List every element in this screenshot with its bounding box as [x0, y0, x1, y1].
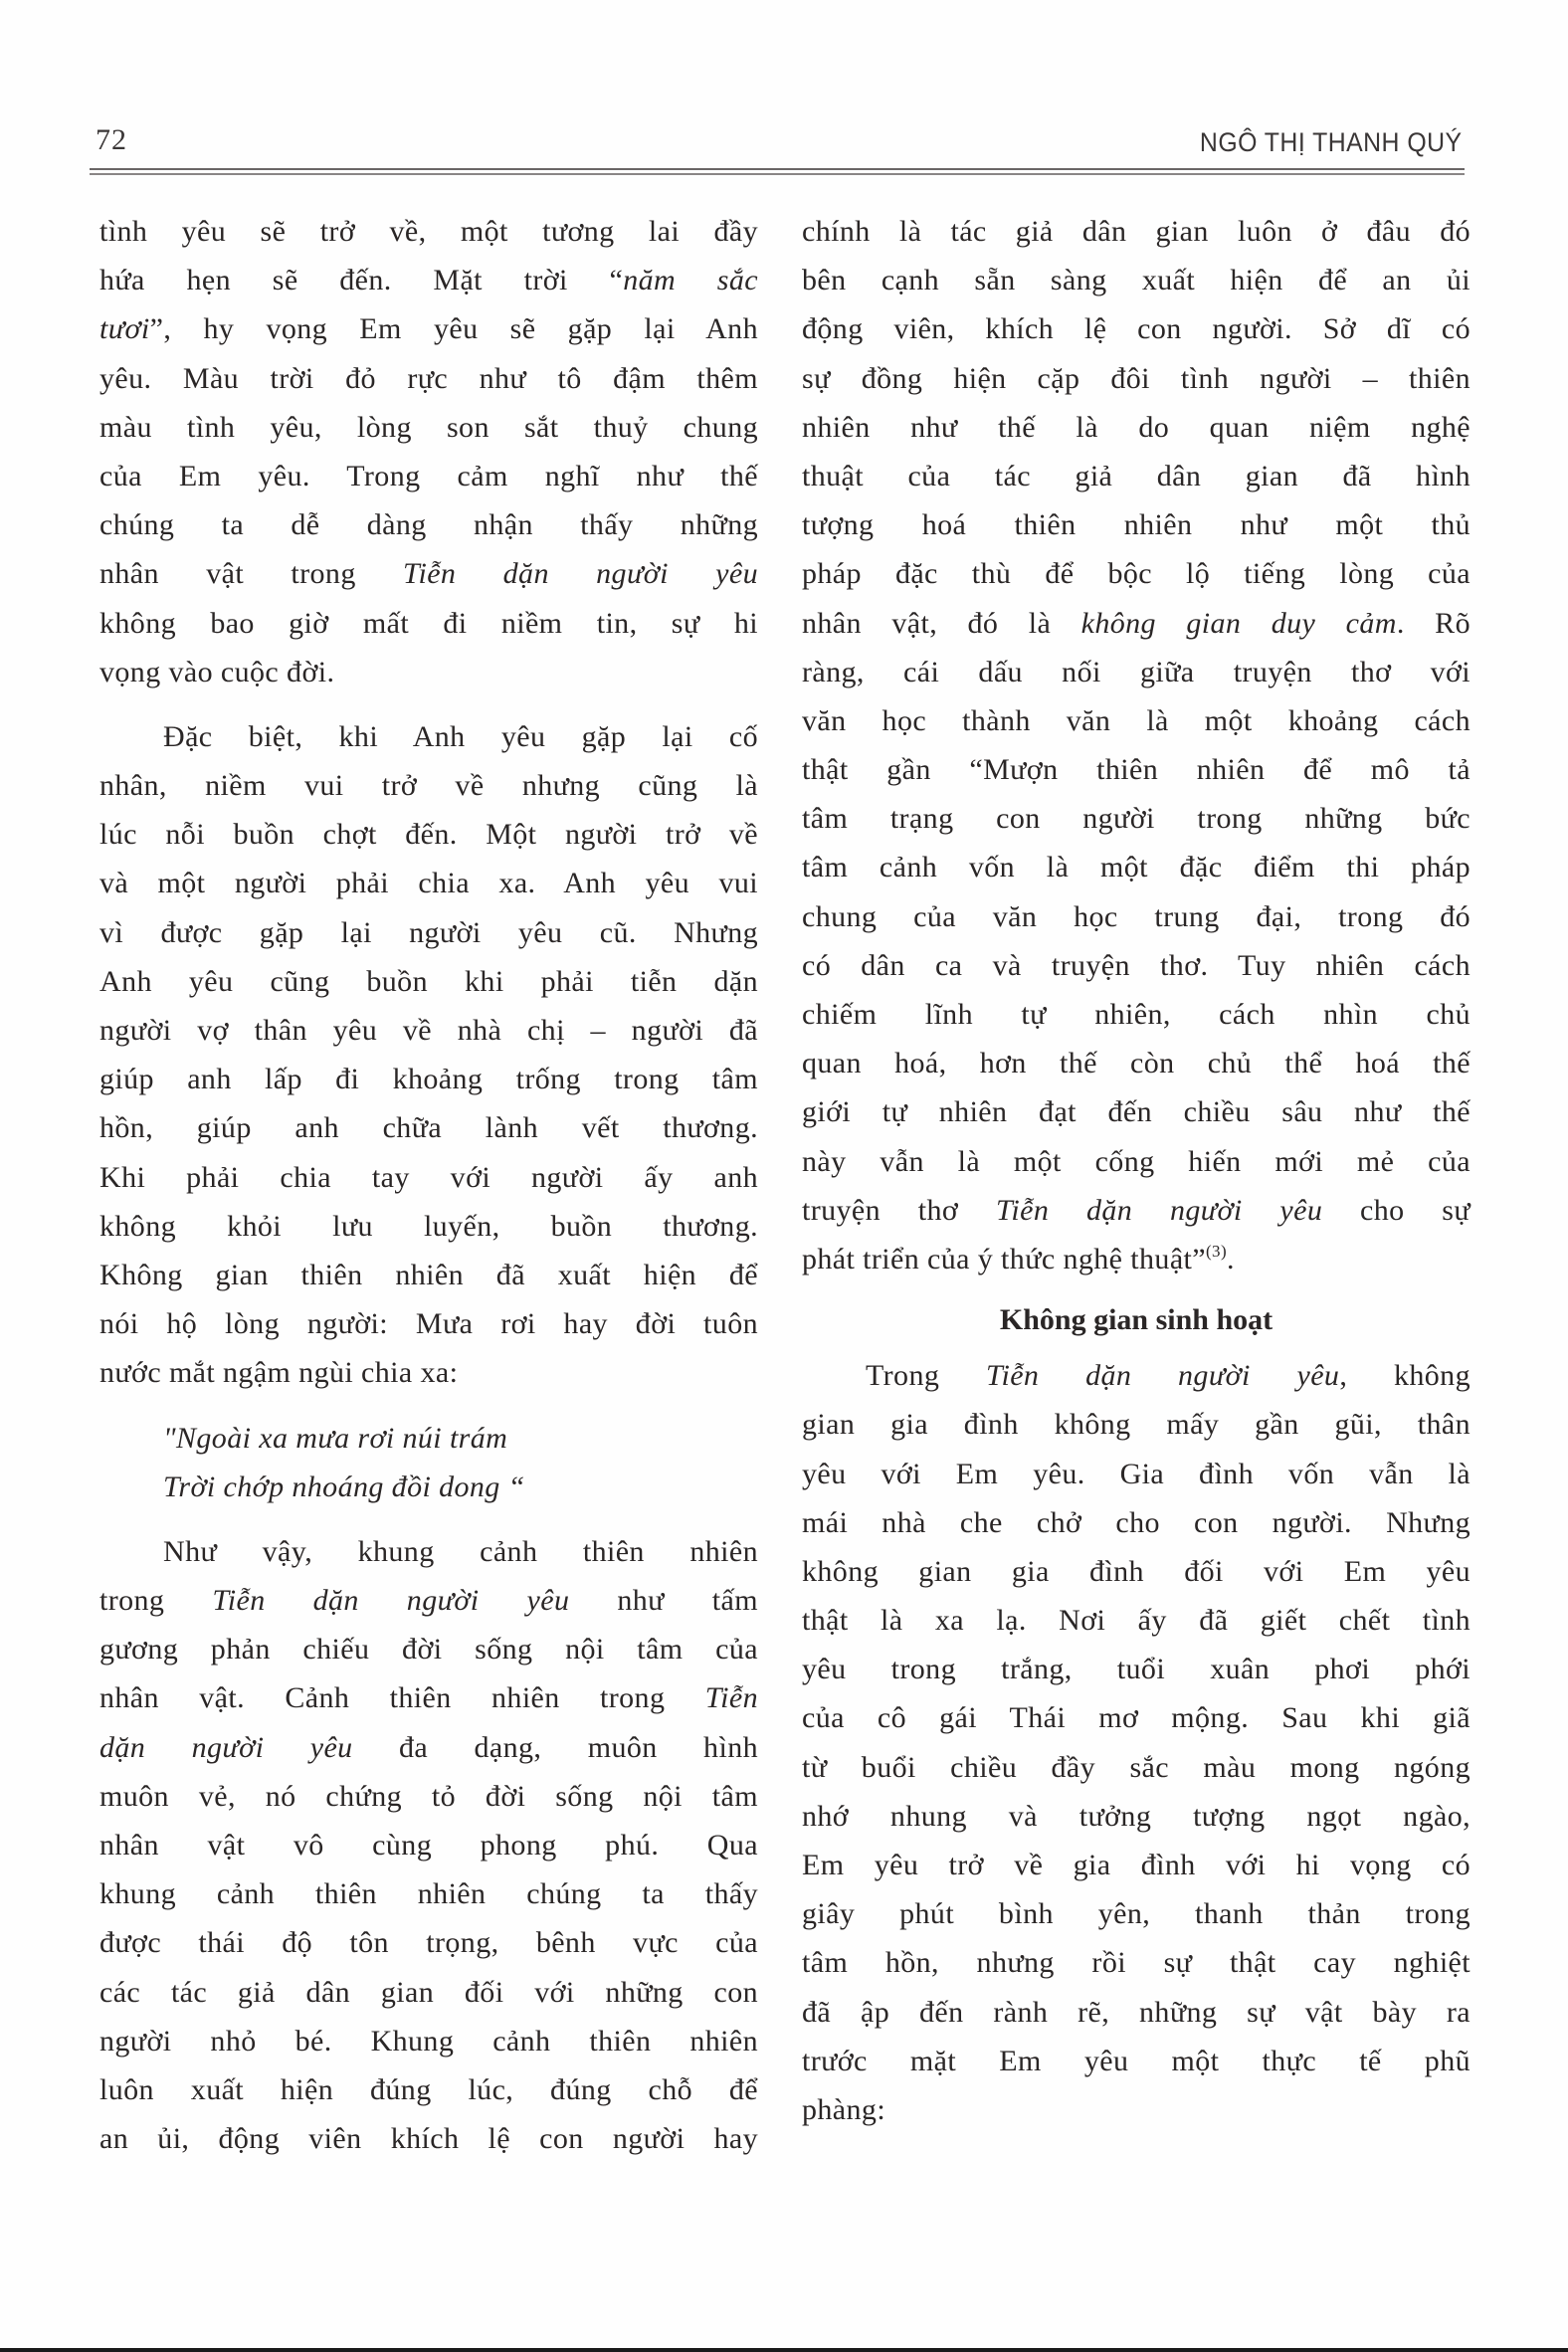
text-line: Anh yêu cũng buồn khi phải tiễn dặn: [99, 957, 758, 1006]
text-run: trong: [99, 1584, 212, 1617]
text-line: không bao giờ mất đi niềm tin, sự hi: [99, 599, 758, 648]
italic-title: tươi: [99, 312, 150, 345]
text-run: tâm hồn, nhưng rồi sự thật cay nghiệt: [802, 1946, 1470, 1979]
text-line: các tác giả dân gian đối với những con: [99, 1968, 758, 2017]
text-run: "Ngoài xa mưa rơi núi trám: [163, 1422, 507, 1455]
text-line: tâm hồn, nhưng rồi sự thật cay nghiệt: [802, 1938, 1470, 1987]
text-line: nhớ nhung và tưởng tượng ngọt ngào,: [802, 1792, 1470, 1841]
text-line: gian gia đình không mấy gần gũi, thân: [802, 1400, 1470, 1449]
text-line: thật là xa lạ. Nơi ấy đã giết chết tình: [802, 1596, 1470, 1645]
text-run: Em yêu trở về gia đình với hi vọng có: [802, 1849, 1470, 1881]
text-run: . Rõ: [1397, 607, 1470, 640]
text-run: đa dạng, muôn hình: [353, 1731, 758, 1764]
text-run: không bao giờ mất đi niềm tin, sự hi: [99, 607, 758, 640]
text-line: nhân, niềm vui trở về nhưng cũng là: [99, 761, 758, 810]
verse-line: Trời chớp nhoáng đồi dong “: [99, 1463, 758, 1511]
text-line: có dân ca và truyện thơ. Tuy nhiên cách: [802, 941, 1470, 990]
italic-title: năm sắc: [623, 264, 758, 296]
text-run: có dân ca và truyện thơ. Tuy nhiên cách: [802, 949, 1470, 982]
verse-line: "Ngoài xa mưa rơi núi trám: [99, 1414, 758, 1463]
text-line: Như vậy, khung cảnh thiên nhiên: [99, 1527, 758, 1576]
text-run: từ buổi chiều đầy sắc màu mong ngóng: [802, 1751, 1470, 1784]
text-run: nhớ nhung và tưởng tượng ngọt ngào,: [802, 1800, 1470, 1833]
text-line: hồn, giúp anh chữa lành vết thương.: [99, 1103, 758, 1152]
text-line: nước mắt ngậm ngùi chia xa:: [99, 1348, 758, 1397]
text-line: không khỏi lưu luyến, buồn thương.: [99, 1202, 758, 1251]
text-run: tâm cảnh vốn là một đặc điểm thi pháp: [802, 851, 1470, 883]
text-run: vọng vào cuộc đời.: [99, 656, 334, 688]
text-run: Đặc biệt, khi Anh yêu gặp lại cố: [163, 720, 758, 753]
text-line: luôn xuất hiện đúng lúc, đúng chỗ để: [99, 2065, 758, 2114]
text-line: giúp anh lấp đi khoảng trống trong tâm: [99, 1055, 758, 1103]
text-line: nhân vật trong Tiễn dặn người yêu: [99, 549, 758, 598]
header-rule-top: [90, 168, 1465, 170]
text-line: yêu với Em yêu. Gia đình vốn vẫn là: [802, 1450, 1470, 1498]
text-line: Khi phải chia tay với người ấy anh: [99, 1153, 758, 1202]
text-line: động viên, khích lệ con người. Sở dĩ có: [802, 304, 1470, 353]
italic-title: không gian duy cảm: [1081, 607, 1397, 640]
text-line: hứa hẹn sẽ đến. Mặt trời “năm sắc: [99, 256, 758, 304]
text-run: truyện thơ: [802, 1194, 996, 1227]
text-run: ràng, cái dấu nối giữa truyện thơ với: [802, 656, 1470, 688]
text-run: được thái độ tôn trọng, bênh vực của: [99, 1926, 758, 1959]
text-run: chính là tác giả dân gian luôn ở đâu đó: [802, 215, 1470, 248]
text-run: chung của văn học trung đại, trong đó: [802, 900, 1470, 933]
text-line: tâm cảnh vốn là một đặc điểm thi pháp: [802, 843, 1470, 891]
text-line: giới tự nhiên đạt đến chiều sâu như thế: [802, 1087, 1470, 1136]
text-run: trước mặt Em yêu một thực tế phũ: [802, 2045, 1470, 2077]
text-line: nói hộ lòng người: Mưa rơi hay đời tuôn: [99, 1299, 758, 1348]
italic-title: Tiễn: [705, 1681, 758, 1714]
text-line: muôn vẻ, nó chứng tỏ đời sống nội tâm: [99, 1772, 758, 1821]
text-run: văn học thành văn là một khoảng cách: [802, 704, 1470, 737]
text-run: mái nhà che chở cho con người. Nhưng: [802, 1506, 1470, 1539]
text-run: phát triển của ý thức nghệ thuật”: [802, 1243, 1206, 1275]
running-head-author: NGÔ THỊ THANH QUÝ: [1200, 127, 1463, 158]
text-line: tươi”, hy vọng Em yêu sẽ gặp lại Anh: [99, 304, 758, 353]
text-run: Như vậy, khung cảnh thiên nhiên: [163, 1535, 758, 1568]
text-line: đã ập đến rành rẽ, những sự vật bày ra: [802, 1988, 1470, 2037]
page-bottom-edge: [0, 2348, 1568, 2352]
text-line: chung của văn học trung đại, trong đó: [802, 892, 1470, 941]
section-heading: Không gian sinh hoạt: [802, 1289, 1470, 1351]
text-run: thật là xa lạ. Nơi ấy đã giết chết tình: [802, 1604, 1470, 1637]
text-line: quan hoá, hơn thế còn chủ thể hoá thế: [802, 1039, 1470, 1087]
text-line: Không gian thiên nhiên đã xuất hiện để: [99, 1251, 758, 1299]
text-run: yêu. Màu trời đỏ rực như tô đậm thêm: [99, 362, 758, 395]
text-run: chúng ta dễ dàng nhận thấy những: [99, 508, 758, 541]
text-line: màu tình yêu, lòng son sắt thuỷ chung: [99, 403, 758, 452]
text-run: Trời chớp nhoáng đồi dong “: [163, 1470, 525, 1503]
text-line: phàng:: [802, 2085, 1470, 2134]
text-line: sự đồng hiện cặp đôi tình người – thiên: [802, 354, 1470, 403]
text-run: nước mắt ngậm ngùi chia xa:: [99, 1356, 458, 1389]
text-run: Anh yêu cũng buồn khi phải tiễn dặn: [99, 965, 758, 998]
text-run: nhân vật trong: [99, 557, 403, 590]
text-line: bên cạnh sẵn sàng xuất hiện để an ủi: [802, 256, 1470, 304]
text-line: được thái độ tôn trọng, bênh vực của: [99, 1918, 758, 1967]
text-run: tâm trạng con người trong những bức: [802, 802, 1470, 835]
text-line: Đặc biệt, khi Anh yêu gặp lại cố: [99, 712, 758, 761]
text-run: không khỏi lưu luyến, buồn thương.: [99, 1210, 758, 1243]
text-run: Không gian thiên nhiên đã xuất hiện để: [99, 1259, 758, 1291]
text-run: lúc nỗi buồn chợt đến. Một người trở về: [99, 818, 758, 851]
text-line: trước mặt Em yêu một thực tế phũ: [802, 2037, 1470, 2085]
text-run: như tấm: [569, 1584, 758, 1617]
text-run: luôn xuất hiện đúng lúc, đúng chỗ để: [99, 2073, 758, 2106]
right-column: chính là tác giả dân gian luôn ở đâu đób…: [802, 207, 1470, 2134]
text-line: phát triển của ý thức nghệ thuật”(3).: [802, 1235, 1470, 1283]
text-run: giúp anh lấp đi khoảng trống trong tâm: [99, 1063, 758, 1095]
page-number: 72: [96, 123, 127, 157]
text-line: gương phản chiếu đời sống nội tâm của: [99, 1625, 758, 1673]
text-run: đã ập đến rành rẽ, những sự vật bày ra: [802, 1996, 1470, 2029]
text-line: Trong Tiễn dặn người yêu, không: [802, 1351, 1470, 1400]
text-run: an ủi, động viên khích lệ con người hay: [99, 2122, 758, 2155]
text-run: không gian gia đình đối với Em yêu: [802, 1555, 1470, 1588]
italic-title: dặn người yêu: [99, 1731, 353, 1764]
text-line: truyện thơ Tiễn dặn người yêu cho sự: [802, 1186, 1470, 1235]
text-run: và một người phải chia xa. Anh yêu vui: [99, 867, 758, 899]
text-run: động viên, khích lệ con người. Sở dĩ có: [802, 312, 1470, 345]
text-run: phàng:: [802, 2093, 885, 2126]
italic-title: Tiễn dặn người yêu: [403, 557, 758, 590]
text-run: , không: [1339, 1359, 1470, 1392]
text-run: thuật của tác giả dân gian đã hình: [802, 460, 1470, 492]
text-run: của cô gái Thái mơ mộng. Sau khi giã: [802, 1701, 1470, 1734]
text-line: chúng ta dễ dàng nhận thấy những: [99, 500, 758, 549]
text-run: nhân vật, đó là: [802, 607, 1081, 640]
text-line: không gian gia đình đối với Em yêu: [802, 1547, 1470, 1596]
text-run: nhân vật vô cùng phong phú. Qua: [99, 1829, 758, 1862]
text-run: người nhỏ bé. Khung cảnh thiên nhiên: [99, 2025, 758, 2058]
text-run: yêu với Em yêu. Gia đình vốn vẫn là: [802, 1458, 1470, 1490]
text-line: của Em yêu. Trong cảm nghĩ như thế: [99, 452, 758, 500]
text-run: quan hoá, hơn thế còn chủ thể hoá thế: [802, 1047, 1470, 1079]
text-run: Khi phải chia tay với người ấy anh: [99, 1161, 758, 1194]
text-line: ràng, cái dấu nối giữa truyện thơ với: [802, 648, 1470, 696]
text-line: và một người phải chia xa. Anh yêu vui: [99, 859, 758, 907]
text-line: văn học thành văn là một khoảng cách: [802, 696, 1470, 745]
text-line: tâm trạng con người trong những bức: [802, 794, 1470, 843]
text-run: Trong: [866, 1359, 986, 1392]
text-line: Em yêu trở về gia đình với hi vọng có: [802, 1841, 1470, 1889]
text-run: hứa hẹn sẽ đến. Mặt trời “: [99, 264, 623, 296]
text-run: vì được gặp lại người yêu cũ. Nhưng: [99, 916, 758, 949]
text-run: nhiên như thế là do quan niệm nghệ: [802, 411, 1470, 444]
text-run: hồn, giúp anh chữa lành vết thương.: [99, 1111, 758, 1144]
left-column: tình yêu sẽ trở về, một tương lai đầyhứa…: [99, 207, 758, 2163]
text-run: ”, hy vọng Em yêu sẽ gặp lại Anh: [150, 312, 758, 345]
italic-title: Tiễn dặn người yêu: [986, 1359, 1339, 1392]
text-run: pháp đặc thù để bộc lộ tiếng lòng của: [802, 557, 1470, 590]
text-line: nhân vật vô cùng phong phú. Qua: [99, 1821, 758, 1869]
text-line: pháp đặc thù để bộc lộ tiếng lòng của: [802, 549, 1470, 598]
text-run: màu tình yêu, lòng son sắt thuỷ chung: [99, 411, 758, 444]
text-run: yêu trong trắng, tuổi xuân phơi phới: [802, 1653, 1470, 1685]
text-line: vọng vào cuộc đời.: [99, 648, 758, 696]
text-line: thật gần “Mượn thiên nhiên để mô tả: [802, 745, 1470, 794]
text-line: người nhỏ bé. Khung cảnh thiên nhiên: [99, 2017, 758, 2065]
text-run: bên cạnh sẵn sàng xuất hiện để an ủi: [802, 264, 1470, 296]
text-run: tượng hoá thiên nhiên như một thủ: [802, 508, 1470, 541]
text-line: yêu trong trắng, tuổi xuân phơi phới: [802, 1645, 1470, 1693]
header-rule-bottom: [90, 173, 1465, 175]
footnote-ref: (3): [1206, 1242, 1227, 1261]
text-line: tượng hoá thiên nhiên như một thủ: [802, 500, 1470, 549]
text-run: tình yêu sẽ trở về, một tương lai đầy: [99, 215, 758, 248]
text-line: yêu. Màu trời đỏ rực như tô đậm thêm: [99, 354, 758, 403]
text-line: nhân vật, đó là không gian duy cảm. Rõ: [802, 599, 1470, 648]
text-line: dặn người yêu đa dạng, muôn hình: [99, 1723, 758, 1772]
text-line: trong Tiễn dặn người yêu như tấm: [99, 1576, 758, 1625]
text-line: vì được gặp lại người yêu cũ. Nhưng: [99, 908, 758, 957]
text-run: muôn vẻ, nó chứng tỏ đời sống nội tâm: [99, 1780, 758, 1813]
text-line: giây phút bình yên, thanh thản trong: [802, 1889, 1470, 1938]
text-run: thật gần “Mượn thiên nhiên để mô tả: [802, 753, 1470, 786]
text-run: .: [1227, 1243, 1235, 1275]
text-run: gian gia đình không mấy gần gũi, thân: [802, 1408, 1470, 1441]
text-line: này vẫn là một cống hiến mới mẻ của: [802, 1137, 1470, 1186]
text-run: khung cảnh thiên nhiên chúng ta thấy: [99, 1877, 758, 1910]
text-line: từ buổi chiều đầy sắc màu mong ngóng: [802, 1743, 1470, 1792]
text-run: nhân, niềm vui trở về nhưng cũng là: [99, 769, 758, 802]
text-line: thuật của tác giả dân gian đã hình: [802, 452, 1470, 500]
text-line: chính là tác giả dân gian luôn ở đâu đó: [802, 207, 1470, 256]
text-line: lúc nỗi buồn chợt đến. Một người trở về: [99, 810, 758, 859]
text-run: các tác giả dân gian đối với những con: [99, 1976, 758, 2009]
text-line: nhiên như thế là do quan niệm nghệ: [802, 403, 1470, 452]
text-run: giới tự nhiên đạt đến chiều sâu như thế: [802, 1095, 1470, 1128]
text-run: nói hộ lòng người: Mưa rơi hay đời tuôn: [99, 1307, 758, 1340]
text-run: sự đồng hiện cặp đôi tình người – thiên: [802, 362, 1470, 395]
text-run: gương phản chiếu đời sống nội tâm của: [99, 1633, 758, 1666]
text-line: của cô gái Thái mơ mộng. Sau khi giã: [802, 1693, 1470, 1742]
text-line: chiếm lĩnh tự nhiên, cách nhìn chủ: [802, 990, 1470, 1039]
text-line: khung cảnh thiên nhiên chúng ta thấy: [99, 1869, 758, 1918]
text-run: giây phút bình yên, thanh thản trong: [802, 1897, 1470, 1930]
text-line: mái nhà che chở cho con người. Nhưng: [802, 1498, 1470, 1547]
italic-title: Tiễn dặn người yêu: [996, 1194, 1322, 1227]
text-run: người vợ thân yêu về nhà chị – người đã: [99, 1014, 758, 1047]
text-line: tình yêu sẽ trở về, một tương lai đầy: [99, 207, 758, 256]
text-line: nhân vật. Cảnh thiên nhiên trong Tiễn: [99, 1673, 758, 1722]
text-line: người vợ thân yêu về nhà chị – người đã: [99, 1006, 758, 1055]
text-run: của Em yêu. Trong cảm nghĩ như thế: [99, 460, 758, 492]
text-line: an ủi, động viên khích lệ con người hay: [99, 2114, 758, 2163]
text-run: cho sự: [1322, 1194, 1470, 1227]
text-run: chiếm lĩnh tự nhiên, cách nhìn chủ: [802, 998, 1470, 1031]
italic-title: Tiễn dặn người yêu: [212, 1584, 569, 1617]
text-run: nhân vật. Cảnh thiên nhiên trong: [99, 1681, 705, 1714]
text-run: này vẫn là một cống hiến mới mẻ của: [802, 1145, 1470, 1178]
